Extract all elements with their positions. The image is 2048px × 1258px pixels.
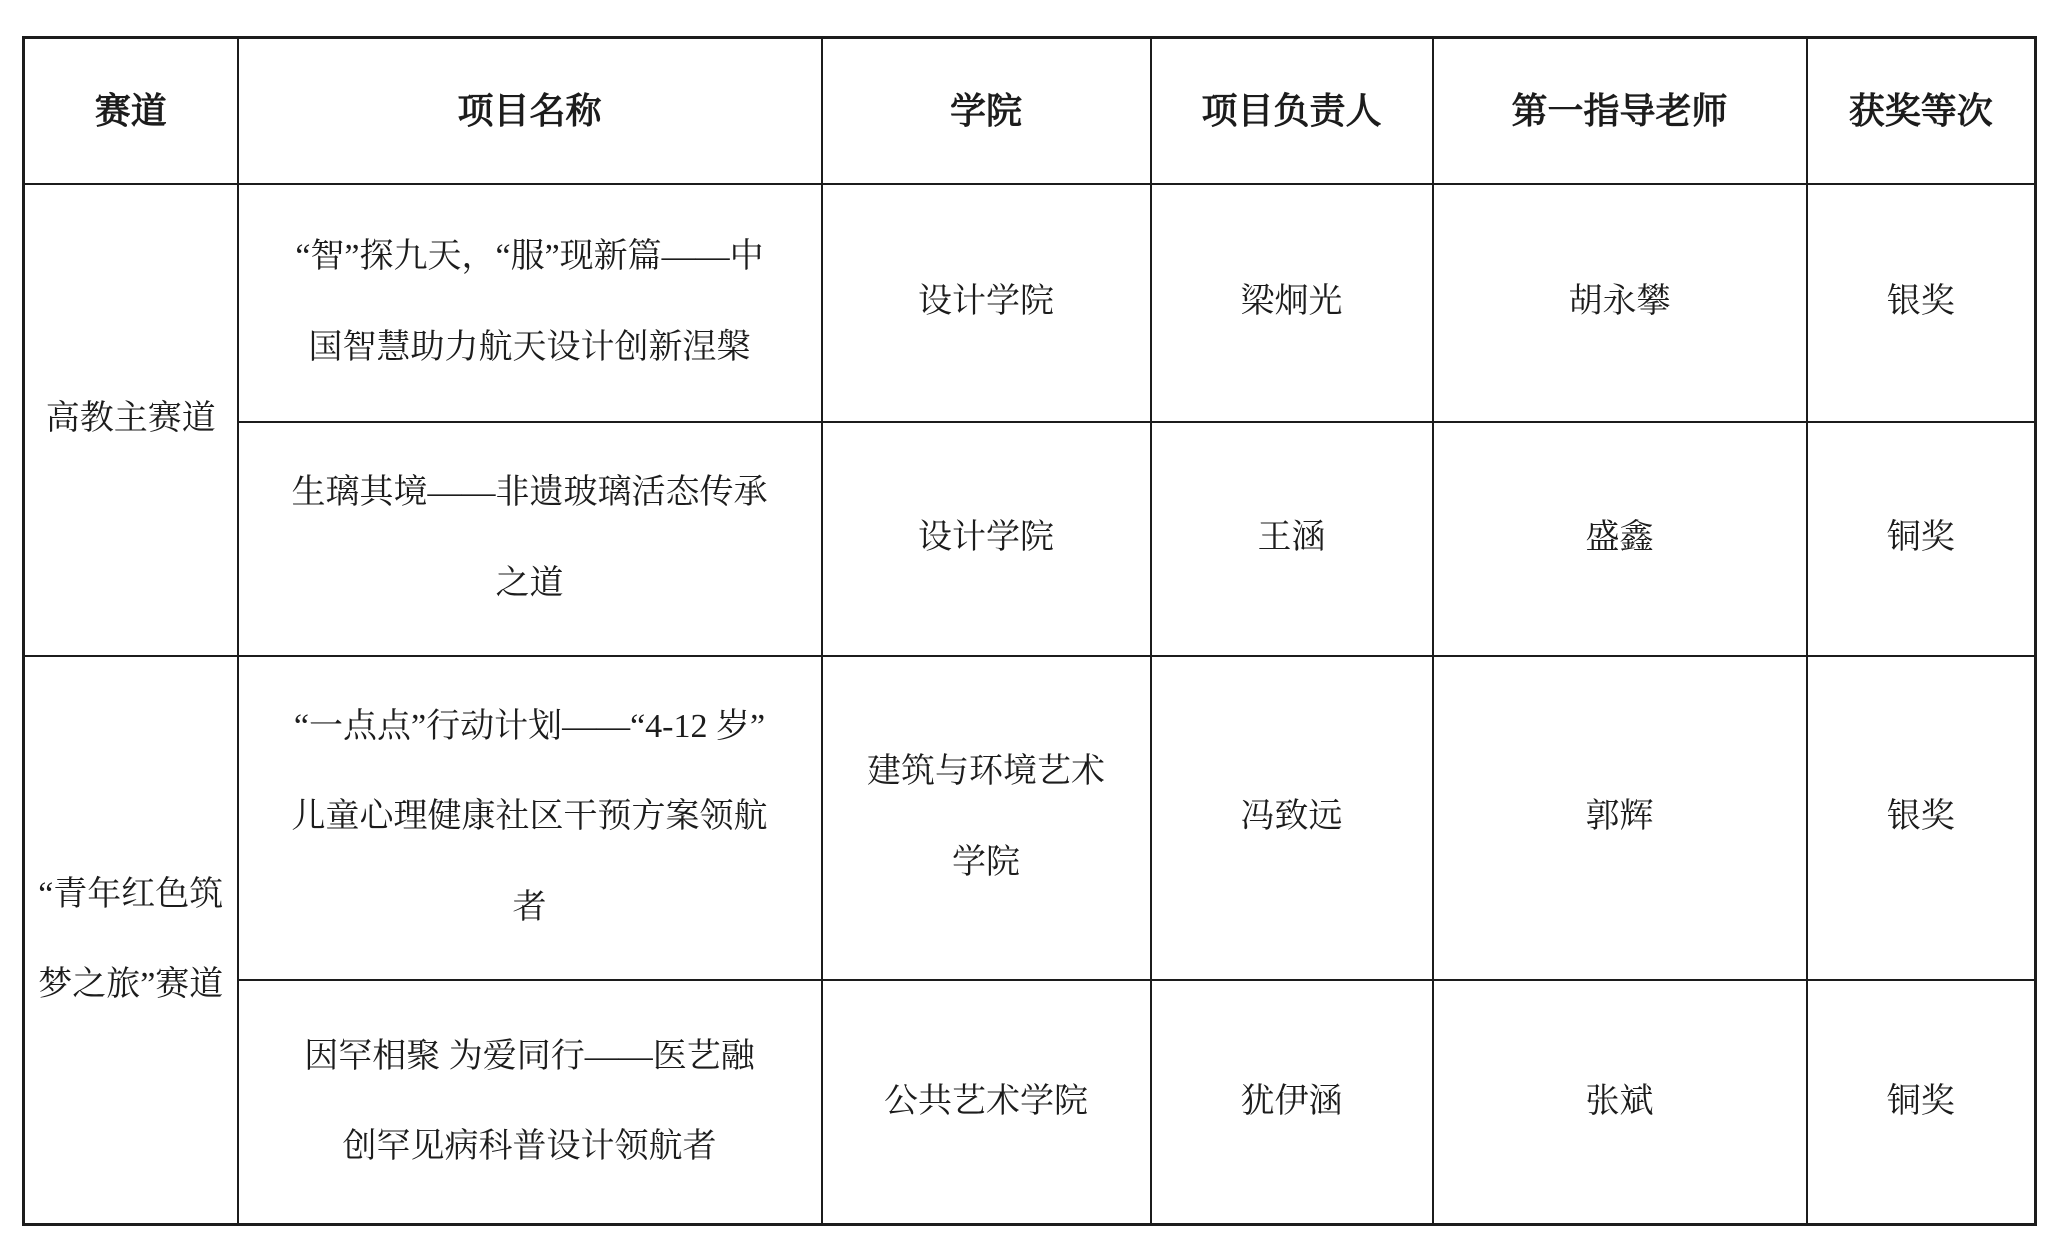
cell-college: 设计学院 [822, 184, 1151, 422]
document-page: 赛道 项目名称 学院 项目负责人 第一指导老师 获奖等次 高教主赛道 “智”探九… [0, 0, 2048, 1258]
table-row: 高教主赛道 “智”探九天，“服”现新篇——中 国智慧助力航天设计创新涅槃 设计学… [24, 184, 2036, 422]
cell-advisor: 张斌 [1433, 980, 1807, 1225]
cell-leader: 梁炯光 [1151, 184, 1433, 422]
cell-advisor: 盛鑫 [1433, 422, 1807, 656]
cell-award: 铜奖 [1807, 980, 2036, 1225]
cell-project: “智”探九天，“服”现新篇——中 国智慧助力航天设计创新涅槃 [238, 184, 822, 422]
table-row: 因罕相聚 为爱同行——医艺融 创罕见病科普设计领航者 公共艺术学院 犹伊涵 张斌… [24, 980, 2036, 1225]
award-results-table: 赛道 项目名称 学院 项目负责人 第一指导老师 获奖等次 高教主赛道 “智”探九… [22, 36, 2037, 1226]
table-row: “青年红色筑 梦之旅”赛道 “一点点”行动计划——“4-12 岁” 儿童心理健康… [24, 656, 2036, 980]
table-header-row: 赛道 项目名称 学院 项目负责人 第一指导老师 获奖等次 [24, 38, 2036, 184]
header-leader: 项目负责人 [1151, 38, 1433, 184]
cell-leader: 王涵 [1151, 422, 1433, 656]
cell-award: 铜奖 [1807, 422, 2036, 656]
cell-leader: 冯致远 [1151, 656, 1433, 980]
header-project: 项目名称 [238, 38, 822, 184]
cell-college: 公共艺术学院 [822, 980, 1151, 1225]
cell-project: “一点点”行动计划——“4-12 岁” 儿童心理健康社区干预方案领航 者 [238, 656, 822, 980]
cell-award: 银奖 [1807, 656, 2036, 980]
cell-college: 设计学院 [822, 422, 1151, 656]
cell-track-youth: “青年红色筑 梦之旅”赛道 [24, 656, 238, 1225]
cell-award: 银奖 [1807, 184, 2036, 422]
table-row: 生璃其境——非遗玻璃活态传承 之道 设计学院 王涵 盛鑫 铜奖 [24, 422, 2036, 656]
cell-advisor: 胡永攀 [1433, 184, 1807, 422]
header-award: 获奖等次 [1807, 38, 2036, 184]
header-track: 赛道 [24, 38, 238, 184]
header-advisor: 第一指导老师 [1433, 38, 1807, 184]
cell-project: 因罕相聚 为爱同行——医艺融 创罕见病科普设计领航者 [238, 980, 822, 1225]
cell-advisor: 郭辉 [1433, 656, 1807, 980]
header-college: 学院 [822, 38, 1151, 184]
cell-project: 生璃其境——非遗玻璃活态传承 之道 [238, 422, 822, 656]
cell-track-main: 高教主赛道 [24, 184, 238, 656]
cell-leader: 犹伊涵 [1151, 980, 1433, 1225]
cell-college: 建筑与环境艺术 学院 [822, 656, 1151, 980]
